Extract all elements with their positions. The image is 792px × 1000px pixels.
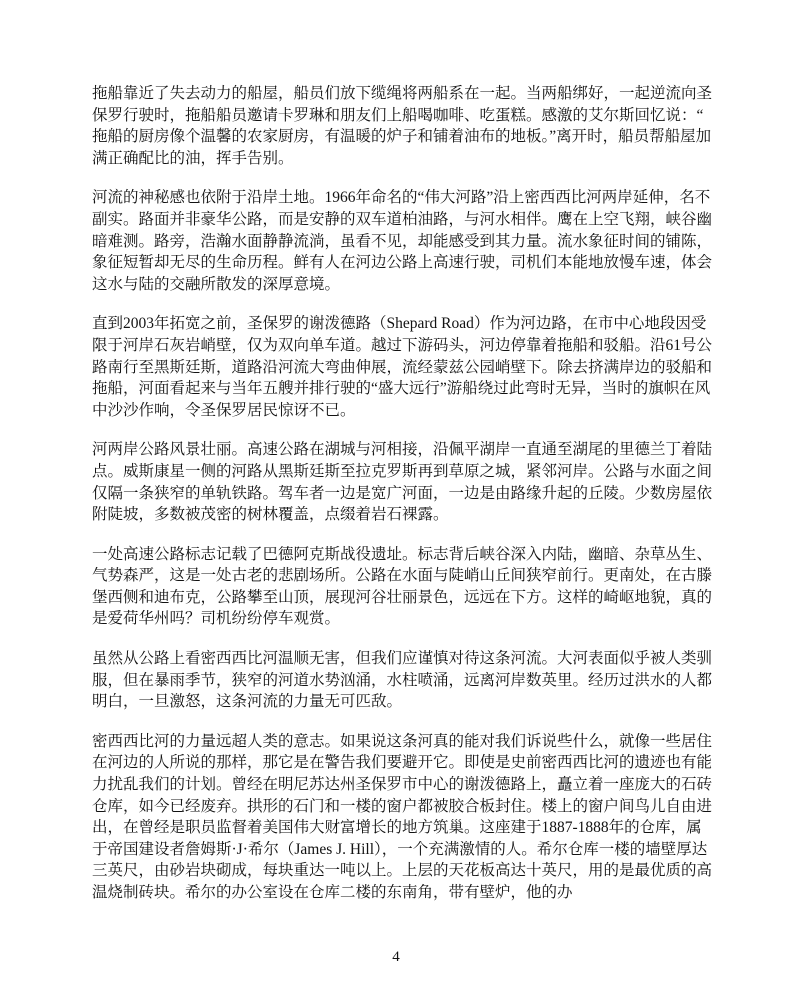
paragraph-3: 直到2003年拓宽之前，圣保罗的谢泼德路（Shepard Road）作为河边路，… [92,313,712,421]
paragraph-7: 密西西比河的力量远超人类的意志。如果说这条河真的能对我们诉说些什么，就像一些居住… [92,731,712,904]
paragraph-1: 拖船靠近了失去动力的船屋，船员们放下缆绳将两船系在一起。当两船绑好，一起逆流向圣… [92,83,712,169]
page-body-text: 拖船靠近了失去动力的船屋，船员们放下缆绳将两船系在一起。当两船绑好，一起逆流向圣… [92,83,712,922]
page-number: 4 [392,949,400,965]
document-page: 拖船靠近了失去动力的船屋，船员们放下缆绳将两船系在一起。当两船绑好，一起逆流向圣… [0,0,792,1000]
paragraph-6: 虽然从公路上看密西西比河温顺无害，但我们应谨慎对待这条河流。大河表面似乎被人类驯… [92,648,712,713]
paragraph-4: 河两岸公路风景壮丽。高速公路在湖城与河相接，沿佩平湖岸一直通至湖尾的里德兰丁着陆… [92,439,712,525]
page-footer: 4 [0,948,792,966]
paragraph-2: 河流的神秘感也依附于沿岸土地。1966年命名的“伟大河路”沿上密西西比河两岸延伸… [92,187,712,295]
paragraph-5: 一处高速公路标志记载了巴德阿克斯战役遗址。标志背后峡谷深入内陆，幽暗、杂草丛生、… [92,544,712,630]
